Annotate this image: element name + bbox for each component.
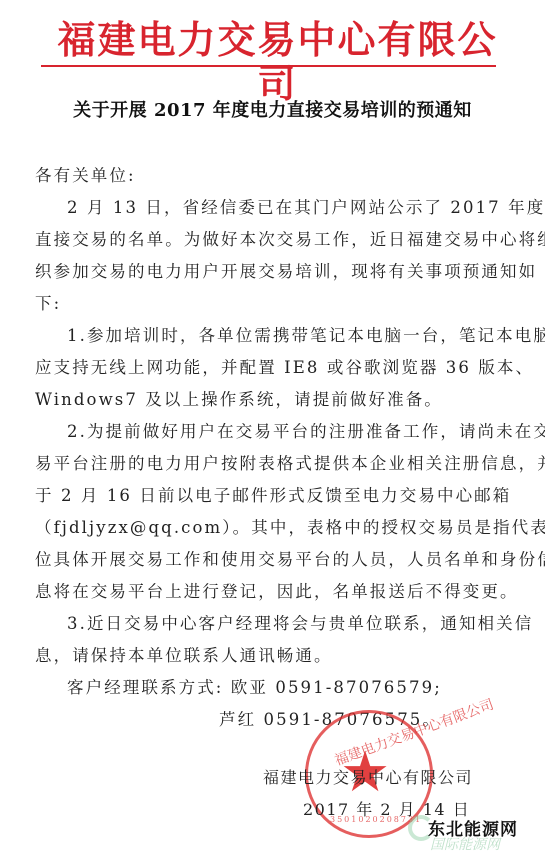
- paragraph-line: 易平台注册的电力用户按附表格式提供本企业相关注册信息，并: [35, 450, 545, 474]
- paragraph-line: 1.参加培训时，各单位需携带笔记本电脑一台，笔记本电脑: [67, 322, 545, 346]
- document-title: 关于开展 2017 年度电力直接交易培训的预通知: [0, 96, 545, 122]
- paragraph-line: 于 2 月 16 日前以电子邮件形式反馈至电力交易中心邮箱: [35, 482, 511, 506]
- paragraph-line: 位具体开展交易工作和使用交易平台的人员，人员名单和身份信: [35, 546, 545, 570]
- salutation: 各有关单位:: [35, 162, 136, 186]
- paragraph-line: 织参加交易的电力用户开展交易培训，现将有关事项预通知如: [35, 258, 537, 282]
- paragraph-line: 直接交易的名单。为做好本次交易工作，近日福建交易中心将组: [35, 226, 545, 250]
- paragraph-line: 应支持无线上网功能，并配置 IE8 或谷歌浏览器 36 版本、: [35, 354, 534, 378]
- signature: 福建电力交易中心有限公司: [263, 765, 473, 788]
- contact-line: 客户经理联系方式: 欧亚 0591-87076579;: [67, 674, 442, 698]
- company-name: 福建电力交易中心有限公司: [40, 18, 515, 106]
- watermark-secondary: 国际能源网: [430, 834, 500, 853]
- paragraph-line: 下:: [35, 290, 61, 314]
- paragraph-line: 息，请保持本单位联系人通讯畅通。: [35, 642, 333, 666]
- paragraph-line: 3.近日交易中心客户经理将会与贵单位联系，通知相关信: [67, 610, 533, 634]
- header-divider: [41, 65, 496, 67]
- paragraph-line: （fjdljyzx@qq.com）。其中，表格中的授权交易员是指代表本单: [35, 514, 545, 538]
- paragraph-line: 息将在交易平台上进行登记，因此，名单报送后不得变更。: [35, 578, 519, 602]
- paragraph-line: 2.为提前做好用户在交易平台的注册准备工作，请尚未在交: [67, 418, 545, 442]
- paragraph-line: 2 月 13 日，省经信委已在其门户网站公示了 2017 年度电力: [67, 194, 545, 218]
- paragraph-line: Windows7 及以上操作系统，请提前做好准备。: [35, 386, 443, 410]
